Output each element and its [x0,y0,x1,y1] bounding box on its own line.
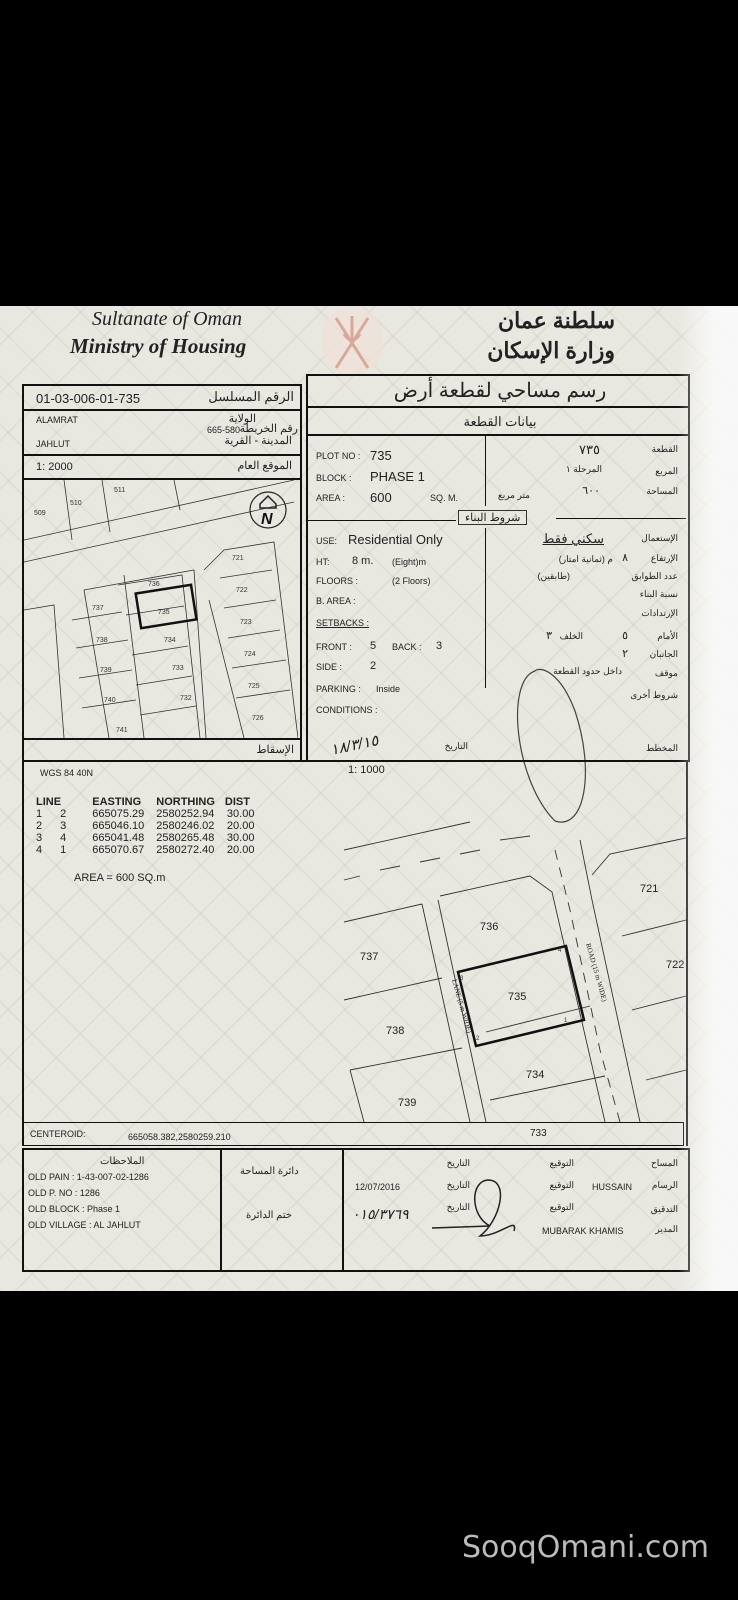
front-label-ar: الأمام [657,631,678,642]
area-unit-ar: متر مربع [498,490,530,501]
location-label-ar: الموقع العام [238,459,293,472]
checker-signature [430,1176,520,1246]
front-value-ar: ٥ [622,629,628,642]
area-unit: SQ. M. [430,493,458,503]
coordinates-table: LINE EASTING NORTHING DIST 12665075.2925… [32,796,260,856]
use-ar: سكني فقط [542,531,604,547]
svg-text:3: 3 [460,976,464,982]
svg-text:738: 738 [96,637,108,644]
cell-easting: 665070.67 [72,844,150,856]
side-value: 2 [370,660,376,672]
svg-text:726: 726 [252,715,264,722]
table-row: 34665041.482580265.4830.00 [32,832,260,844]
plot-data-panel [306,374,690,762]
area-total: AREA = 600 SQ.m [74,872,165,884]
use-label: USE: [316,536,337,546]
col-dist: DIST [221,796,261,808]
old-block: OLD BLOCK : Phase 1 [28,1204,120,1214]
cell-dist: 30.00 [221,808,261,820]
height: 8 m. [352,555,373,567]
svg-text:721: 721 [640,883,658,895]
cell-to: 1 [46,844,72,856]
setbacks-label-ar: الإرتدادات [641,608,678,619]
cell-easting: 665046.10 [72,820,150,832]
setbacks-label: SETBACKS : [316,618,369,628]
watermark: SooqOmani.com [462,1530,709,1565]
front-label: FRONT : [316,642,352,652]
plot-no-ar: ٧٣٥ [579,442,600,458]
svg-text:724: 724 [244,651,256,658]
wilayat: ALAMRAT [36,415,78,425]
cell-from: 4 [32,844,46,856]
svg-text:737: 737 [360,951,378,963]
dept-stamp-ar: ختم الدائرة [246,1210,292,1221]
cell-dist: 20.00 [221,820,261,832]
side-value-ar: ٢ [622,647,628,660]
cell-dist: 20.00 [221,844,261,856]
floors-ar: (طابقين) [537,571,570,582]
svg-text:736: 736 [148,581,160,588]
cell-from: 3 [32,832,46,844]
centroid-box [22,1122,684,1146]
conditions-label: CONDITIONS : [316,705,378,715]
area-label: AREA : [316,493,345,503]
table-row: 12665075.292580252.9430.00 [32,808,260,820]
projection: WGS 84 40N [40,768,93,778]
surveyor-date-label-ar: التاريخ [447,1158,470,1169]
serial-number: 01-03-006-01-735 [36,391,140,406]
svg-text:N: N [261,511,273,528]
svg-text:735: 735 [158,609,170,616]
building-area-label-ar: نسبة البناء [640,589,678,600]
parking: Inside [376,684,400,694]
parking-label: PARKING : [316,684,361,694]
back-value-ar: ٣ [546,629,552,642]
oman-emblem-icon [322,306,382,376]
survey-scale: 1: 1000 [348,764,385,776]
cell-from: 2 [32,820,46,832]
conditions-label-ar: شروط أخرى [630,690,678,701]
floors-label-ar: عدد الطوابق [632,571,678,582]
height-label: HT: [316,557,330,567]
planner-label-ar: المخطط [646,743,678,754]
svg-text:741: 741 [116,727,128,734]
draftsman: HUSSAIN [592,1182,632,1192]
cell-to: 2 [46,808,72,820]
col-line: LINE [32,796,72,808]
block-label-ar: المربع [655,466,678,477]
planner-date-label-ar: التاريخ [445,741,468,752]
svg-text:737: 737 [92,605,104,612]
surveyor-signature-label-ar: التوقيع [550,1158,574,1169]
floors-label: FLOORS : [316,576,358,586]
svg-text:510: 510 [70,500,82,507]
surveyor-label-ar: المساح [651,1158,678,1169]
plot-label: 509 [34,510,46,517]
highlighted-plot [136,585,197,628]
table-row: 23665046.102580246.0220.00 [32,820,260,832]
checker-label-ar: التدقيق [651,1204,678,1215]
survey-map: 736 737 735 722 721 738 734 739 1 2 3 4 … [340,800,686,1122]
cell-from: 1 [32,808,46,820]
svg-text:740: 740 [104,697,116,704]
svg-text:732: 732 [180,695,192,702]
block: PHASE 1 [370,469,425,484]
serial-label-ar: الرقم المسلسل [208,389,294,405]
north-arrow-icon: N [250,492,286,528]
cell-northing: 2580265.48 [150,832,221,844]
old-plot-no: OLD P. NO : 1286 [28,1188,100,1198]
svg-text:723: 723 [240,619,252,626]
location-scale: 1: 2000 [36,461,73,473]
svg-text:735: 735 [508,991,526,1003]
old-village: OLD VILLAGE : AL JAHLUT [28,1220,141,1230]
header-country-ar: سلطنة عمان [455,306,615,336]
header-ar: سلطنة عمان وزارة الإسكان [455,306,615,366]
director: MUBARAK KHAMIS [542,1226,624,1236]
plot-no-label: PLOT NO : [316,451,360,461]
front-value: 5 [370,640,376,652]
use-label-ar: الإستعمال [641,533,678,544]
centroid-label: CENTEROID: [30,1129,86,1139]
plot-label: 736 [480,921,498,933]
cell-northing: 2580252.94 [150,808,221,820]
survey-dept-ar: دائرة المساحة [240,1166,299,1177]
handwritten-number: ٠١٥/٣٧٦٩ [352,1206,409,1223]
col-easting: EASTING [72,796,150,808]
draft-date: 12/07/2016 [355,1182,400,1192]
header-ministry-ar: وزارة الإسكان [455,336,615,366]
svg-text:511: 511 [114,487,125,494]
land-survey-certificate: Sultanate of Oman Ministry of Housing سل… [0,306,738,1291]
parking-label-ar: موقف [655,668,678,679]
use: Residential Only [348,532,443,547]
plot-label-ar: القطعة [652,444,678,455]
cell-to: 3 [46,820,72,832]
director-label-ar: المدير [655,1224,678,1235]
plot-data-title-ar: بيانات القطعة [420,414,580,430]
header-country-en: Sultanate of Oman [92,308,242,331]
remarks-label-ar: الملاحظات [100,1156,144,1167]
header-ministry-en: Ministry of Housing [70,334,246,359]
floors: (2 Floors) [392,576,431,586]
cell-to: 4 [46,832,72,844]
svg-text:4: 4 [558,948,562,954]
draftsman-signature-label-ar: التوقيع [550,1180,574,1191]
area: 600 [370,490,392,505]
svg-text:734: 734 [526,1069,544,1081]
area-label-ar: المساحة [646,486,678,497]
back-label: BACK : [392,642,422,652]
back-value: 3 [436,640,442,652]
cell-easting: 665075.29 [72,808,150,820]
svg-text:722: 722 [666,959,684,971]
svg-text:739: 739 [100,667,112,674]
block-ar: المرحلة ١ [566,464,602,475]
svg-text:721: 721 [232,555,244,562]
old-pain: OLD PAIN : 1-43-007-02-1286 [28,1172,149,1182]
svg-text:722: 722 [236,587,248,594]
building-conditions-ar: شروط البناء [458,510,527,525]
side-label-ar: الجانبان [650,649,678,660]
cell-easting: 665041.48 [72,832,150,844]
svg-text:2: 2 [476,1036,480,1042]
cell-northing: 2580246.02 [150,820,221,832]
height-words-ar: م (ثمانية امتار) [559,554,613,565]
block-label: BLOCK : [316,473,352,483]
side-label: SIDE : [316,662,342,672]
back-label-ar: الخلف [560,631,583,642]
document-title-ar: رسم مساحي لقطعة أرض [380,378,620,403]
col-northing: NORTHING [150,796,221,808]
svg-text:739: 739 [398,1097,416,1109]
building-area-label: B. AREA : [316,596,356,606]
svg-text:725: 725 [248,683,260,690]
draftsman-label-ar: الرسام [652,1180,678,1191]
location-map: 509510511 721722723724725726 73773673573… [24,480,298,738]
table-row: 41665070.672580272.4020.00 [32,844,260,856]
height-ar: ٨ [622,551,628,564]
height-label-ar: الإرتفاع [651,553,678,564]
svg-text:738: 738 [386,1025,404,1037]
cell-dist: 30.00 [221,832,261,844]
checker-signature-label-ar: التوقيع [550,1202,574,1213]
svg-text:733: 733 [172,665,184,672]
plot-no: 735 [370,448,392,463]
village: JAHLUT [36,439,70,449]
cell-northing: 2580272.40 [150,844,221,856]
centroid: 665058.382,2580259.210 [128,1132,231,1142]
village-label-ar: المدينة - القرية [224,434,292,447]
area-ar: ٦٠٠ [582,484,600,497]
height-words: (Eight)m [392,557,426,567]
svg-text:734: 734 [164,637,176,644]
projection-label-ar: الإسقاط [256,743,294,756]
